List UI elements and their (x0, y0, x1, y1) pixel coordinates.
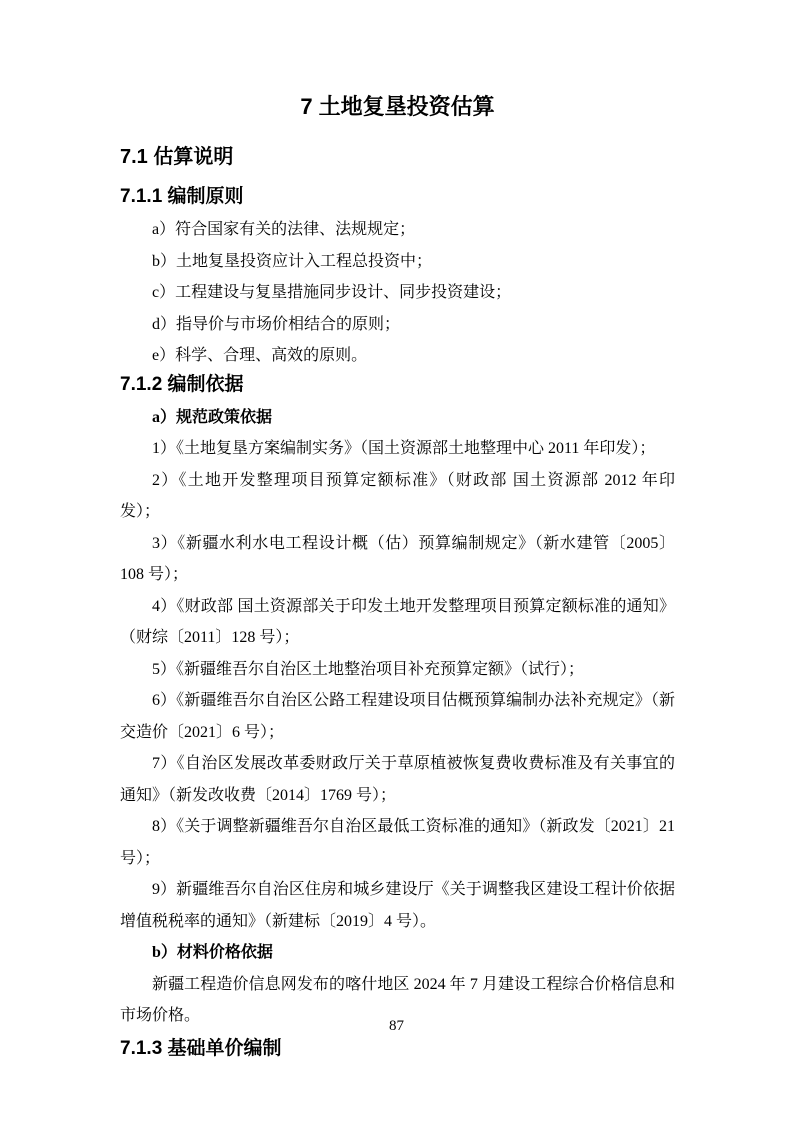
policy-basis-heading: a）规范政策依据 (120, 402, 675, 434)
heading-7-1-2: 7.1.2 编制依据 (120, 372, 675, 397)
policy-item: 5）《新疆维吾尔自治区土地整治项目补充预算定额》（试行）； (120, 654, 675, 686)
material-price-heading: b）材料价格依据 (120, 937, 675, 969)
document-page: 7 土地复垦投资估算 7.1 估算说明 7.1.1 编制原则 a）符合国家有关的… (0, 0, 793, 1122)
heading-7-1: 7.1 估算说明 (120, 144, 675, 170)
principle-item: e）科学、合理、高效的原则。 (120, 340, 675, 372)
policy-item: 2）《土地开发整理项目预算定额标准》（财政部 国土资源部 2012 年印发）； (120, 465, 675, 528)
policy-item: 8）《关于调整新疆维吾尔自治区最低工资标准的通知》（新政发〔2021〕21 号）… (120, 811, 675, 874)
policy-item: 1）《土地复垦方案编制实务》（国土资源部土地整理中心 2011 年印发）； (120, 433, 675, 465)
heading-7-1-3: 7.1.3 基础单价编制 (120, 1036, 675, 1061)
principle-item: d）指导价与市场价相结合的原则； (120, 309, 675, 341)
page-number: 87 (0, 1018, 793, 1035)
principle-item: a）符合国家有关的法律、法规规定； (120, 214, 675, 246)
policy-item: 6）《新疆维吾尔自治区公路工程建设项目估概预算编制办法补充规定》（新交造价〔20… (120, 685, 675, 748)
policy-item: 3）《新疆水利水电工程设计概（估）预算编制规定》（新水建管〔2005〕108 号… (120, 528, 675, 591)
page-content: 7 土地复垦投资估算 7.1 估算说明 7.1.1 编制原则 a）符合国家有关的… (0, 0, 793, 1061)
page-title: 7 土地复垦投资估算 (120, 92, 675, 122)
policy-item: 4）《财政部 国土资源部关于印发土地开发整理项目预算定额标准的通知》（财综〔20… (120, 591, 675, 654)
policy-item: 9）新疆维吾尔自治区住房和城乡建设厅《关于调整我区建设工程计价依据增值税税率的通… (120, 874, 675, 937)
policy-item: 7）《自治区发展改革委财政厅关于草原植被恢复费收费标准及有关事宜的通知》（新发改… (120, 748, 675, 811)
principle-item: b）土地复垦投资应计入工程总投资中； (120, 246, 675, 278)
principle-item: c）工程建设与复垦措施同步设计、同步投资建设； (120, 277, 675, 309)
heading-7-1-1: 7.1.1 编制原则 (120, 184, 675, 209)
